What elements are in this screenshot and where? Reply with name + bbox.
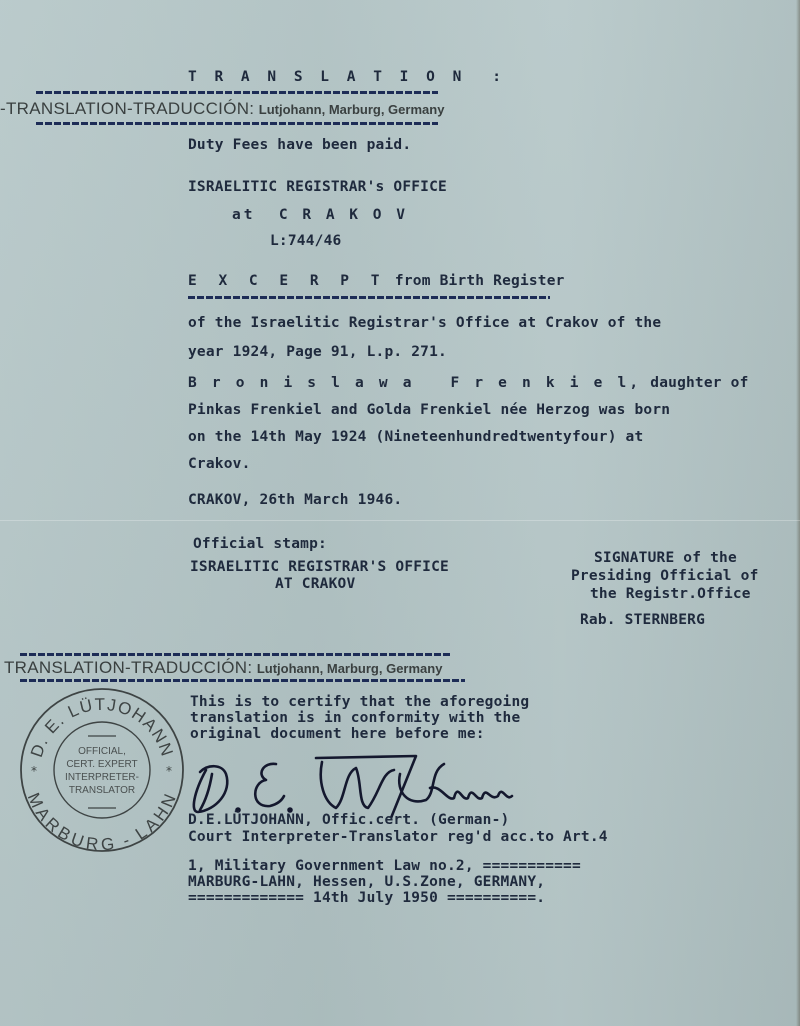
translator-stamp-bottom: TRANSLATION-TRADUCCIÓN: Lutjohann, Marbu… (4, 658, 442, 678)
svg-text:*: * (166, 764, 172, 778)
paper-edge (796, 0, 800, 1026)
svg-text:TRANSLATOR: TRANSLATOR (69, 785, 135, 796)
svg-text:INTERPRETER-: INTERPRETER- (65, 772, 139, 783)
person-name: B r o n i s l a w a F r e n k i e l, (188, 375, 641, 391)
record-line-1: of the Israelitic Registrar's Office at … (188, 314, 661, 333)
rule-bottom-2 (20, 679, 465, 682)
record-line-2: year 1924, Page 91, L.p. 271. (188, 343, 447, 362)
seal-bottom-text: MARBURG - LAHN (24, 790, 181, 854)
rule-top-2 (36, 122, 438, 125)
certification-line-3: original document here before me: (190, 726, 485, 742)
credentials-line-2: Court Interpreter-Translator reg'd acc.t… (188, 829, 608, 845)
stamp-name: Lutjohann, Marburg, Germany (259, 102, 445, 117)
office-line-2: at C R A K O V (232, 206, 408, 225)
birth-line-2: Pinkas Frenkiel and Golda Frenkiel née H… (188, 401, 670, 420)
place-date: CRAKOV, 26th March 1946. (188, 491, 402, 510)
handwritten-signature-icon (186, 752, 526, 818)
excerpt-rest: from Birth Register (386, 273, 565, 289)
stamp-name: Lutjohann, Marburg, Germany (257, 661, 443, 676)
translator-stamp-top: -TRANSLATION-TRADUCCIÓN: Lutjohann, Marb… (0, 99, 444, 119)
rule-top-1 (36, 91, 438, 94)
official-stamp-line-2: AT CRAKOV (275, 575, 355, 594)
birth-line-1-rest: daughter of (641, 375, 748, 391)
excerpt-word: E X C E R P T (188, 273, 386, 289)
signature-line-2: Presiding Official of (571, 567, 759, 586)
translator-seal-icon: D. E. LÜTJOHANN MARBURG - LAHN * * OFFIC… (18, 686, 186, 854)
signature-line-3: the Registr.Office (590, 585, 751, 604)
svg-text:OFFICIAL,: OFFICIAL, (78, 746, 126, 757)
stamp-label: -TRANSLATION-TRADUCCIÓN: (0, 99, 254, 118)
credentials-line-4: MARBURG-LAHN, Hessen, U.S.Zone, GERMANY, (188, 874, 545, 890)
certification-line-2: translation is in conformity with the (190, 710, 520, 726)
signature-line-1: SIGNATURE of the (594, 549, 737, 568)
paper-crease (0, 520, 800, 521)
birth-line-1: B r o n i s l a w a F r e n k i e l, dau… (188, 374, 749, 393)
svg-text:CERT. EXPERT: CERT. EXPERT (66, 759, 137, 770)
credentials-line-5: ============= 14th July 1950 ==========. (188, 890, 545, 906)
signer-name: Rab. STERNBERG (580, 611, 705, 630)
rule-bottom-1 (20, 653, 452, 656)
header-title: T R A N S L A T I O N : (188, 68, 506, 87)
duty-fees-note: Duty Fees have been paid. (188, 136, 411, 155)
certification-line-1: This is to certify that the aforegoing (190, 694, 529, 710)
office-line-1: ISRAELITIC REGISTRAR's OFFICE (188, 178, 447, 197)
official-stamp-label: Official stamp: (193, 535, 327, 554)
excerpt-heading: E X C E R P T from Birth Register (188, 272, 565, 291)
stamp-label: TRANSLATION-TRADUCCIÓN: (4, 658, 252, 677)
svg-text:*: * (31, 764, 37, 778)
rule-excerpt (188, 296, 550, 299)
birth-line-4: Crakov. (188, 455, 251, 474)
birth-line-3: on the 14th May 1924 (Nineteenhundredtwe… (188, 428, 643, 447)
credentials-line-1: D.E.LÜTJOHANN, Offic.cert. (German-) (188, 812, 509, 828)
credentials-line-3: 1, Military Government Law no.2, =======… (188, 858, 581, 874)
office-reference: L:744/46 (270, 232, 341, 251)
